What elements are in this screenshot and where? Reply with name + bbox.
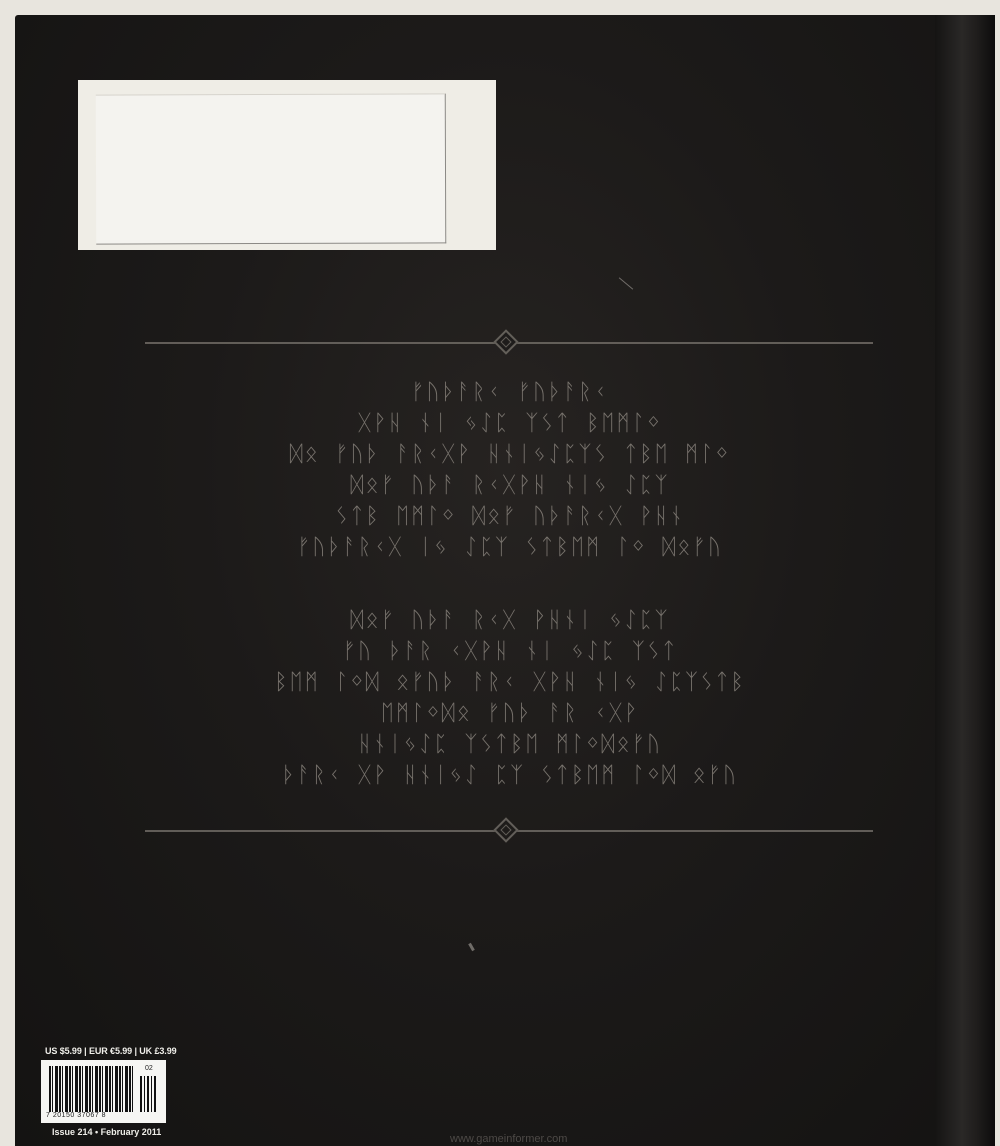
inscription-line: ᚷᚹᚺ ᚾᛁ ᛃᛇᛈ ᛉᛊᛏ ᛒᛖᛗᛚᛜ: [130, 408, 890, 439]
inscription-line: ᚠᚢ ᚦᚨᚱ ᚲᚷᚹᚺ ᚾᛁ ᛃᛇᛈ ᛉᛊᛏ: [130, 636, 890, 667]
inscription-line: ᛞᛟᚠ ᚢᚦᚨ ᚱᚲᚷ ᚹᚺᚾᛁ ᛃᛇᛈᛉ: [130, 605, 890, 636]
inscription-line: ᛞᛟ ᚠᚢᚦ ᚨᚱᚲᚷᚹ ᚺᚾᛁᛃᛇᛈᛉᛊ ᛏᛒᛖ ᛗᛚᛜ: [130, 439, 890, 470]
inscription-line: ᛒᛖᛗ ᛚᛜᛞ ᛟᚠᚢᚦ ᚨᚱᚲ ᚷᚹᚺ ᚾᛁᛃ ᛇᛈᛉᛊᛏᛒ: [130, 667, 890, 698]
blank-address-label: [96, 93, 447, 244]
surface-scratch: [619, 277, 633, 289]
inscription-line: ᚺᚾᛁᛃᛇᛈ ᛉᛊᛏᛒᛖ ᛗᛚᛜᛞᛟᚠᚢ: [130, 729, 890, 760]
barcode: 02 7 20150 37067 8: [41, 1060, 166, 1123]
mailing-label-area: [78, 80, 496, 250]
price-line: US $5.99 | EUR €5.99 | UK £3.99: [45, 1046, 177, 1056]
barcode-number: 7 20150 37067 8: [46, 1112, 106, 1119]
top-ornamental-divider: [145, 342, 873, 344]
bottom-ornamental-divider: [145, 830, 873, 832]
inscription-line: ᛖᛗᛚᛜᛞᛟ ᚠᚢᚦ ᚨᚱ ᚲᚷᚹ: [130, 698, 890, 729]
inscription-line: ᚠᚢᚦᚨᚱᚲ ᚠᚢᚦᚨᚱᚲ: [130, 377, 890, 408]
diamond-ornament-icon: [493, 329, 518, 354]
addon-bars: [140, 1076, 158, 1112]
diamond-ornament-icon: [493, 817, 518, 842]
magazine-spine: [935, 15, 995, 1146]
barcode-addon-number: 02: [145, 1065, 153, 1072]
inscription-line: ᚠᚢᚦᚨᚱᚲᚷ ᛁᛃ ᛇᛈᛉ ᛊᛏᛒᛖᛗ ᛚᛜ ᛞᛟᚠᚢ: [130, 532, 890, 563]
upc-bars: [49, 1066, 133, 1112]
inscription-line: ᚦᚨᚱᚲ ᚷᚹ ᚺᚾᛁᛃᛇ ᛈᛉ ᛊᛏᛒᛖᛗ ᛚᛜᛞ ᛟᚠᚢ: [130, 760, 890, 791]
issue-date-line: Issue 214 • February 2011: [52, 1127, 161, 1137]
surface-scratch: [468, 943, 475, 951]
inscription-line: ᛊᛏᛒ ᛖᛗᛚᛜ ᛞᛟᚠ ᚢᚦᚨᚱᚲᚷ ᚹᚺᚾ: [130, 501, 890, 532]
inscription-stanza-2: ᛞᛟᚠ ᚢᚦᚨ ᚱᚲᚷ ᚹᚺᚾᛁ ᛃᛇᛈᛉ ᚠᚢ ᚦᚨᚱ ᚲᚷᚹᚺ ᚾᛁ ᛃᛇᛈ…: [130, 605, 890, 791]
inscription-stanza-1: ᚠᚢᚦᚨᚱᚲ ᚠᚢᚦᚨᚱᚲ ᚷᚹᚺ ᚾᛁ ᛃᛇᛈ ᛉᛊᛏ ᛒᛖᛗᛚᛜ ᛞᛟ ᚠᚢ…: [130, 377, 890, 563]
magazine-back-cover: ᚠᚢᚦᚨᚱᚲ ᚠᚢᚦᚨᚱᚲ ᚷᚹᚺ ᚾᛁ ᛃᛇᛈ ᛉᛊᛏ ᛒᛖᛗᛚᛜ ᛞᛟ ᚠᚢ…: [15, 15, 995, 1146]
website-url: www.gameinformer.com: [450, 1133, 567, 1145]
inscription-line: ᛞᛟᚠ ᚢᚦᚨ ᚱᚲᚷᚹᚺ ᚾᛁᛃ ᛇᛈᛉ: [130, 470, 890, 501]
